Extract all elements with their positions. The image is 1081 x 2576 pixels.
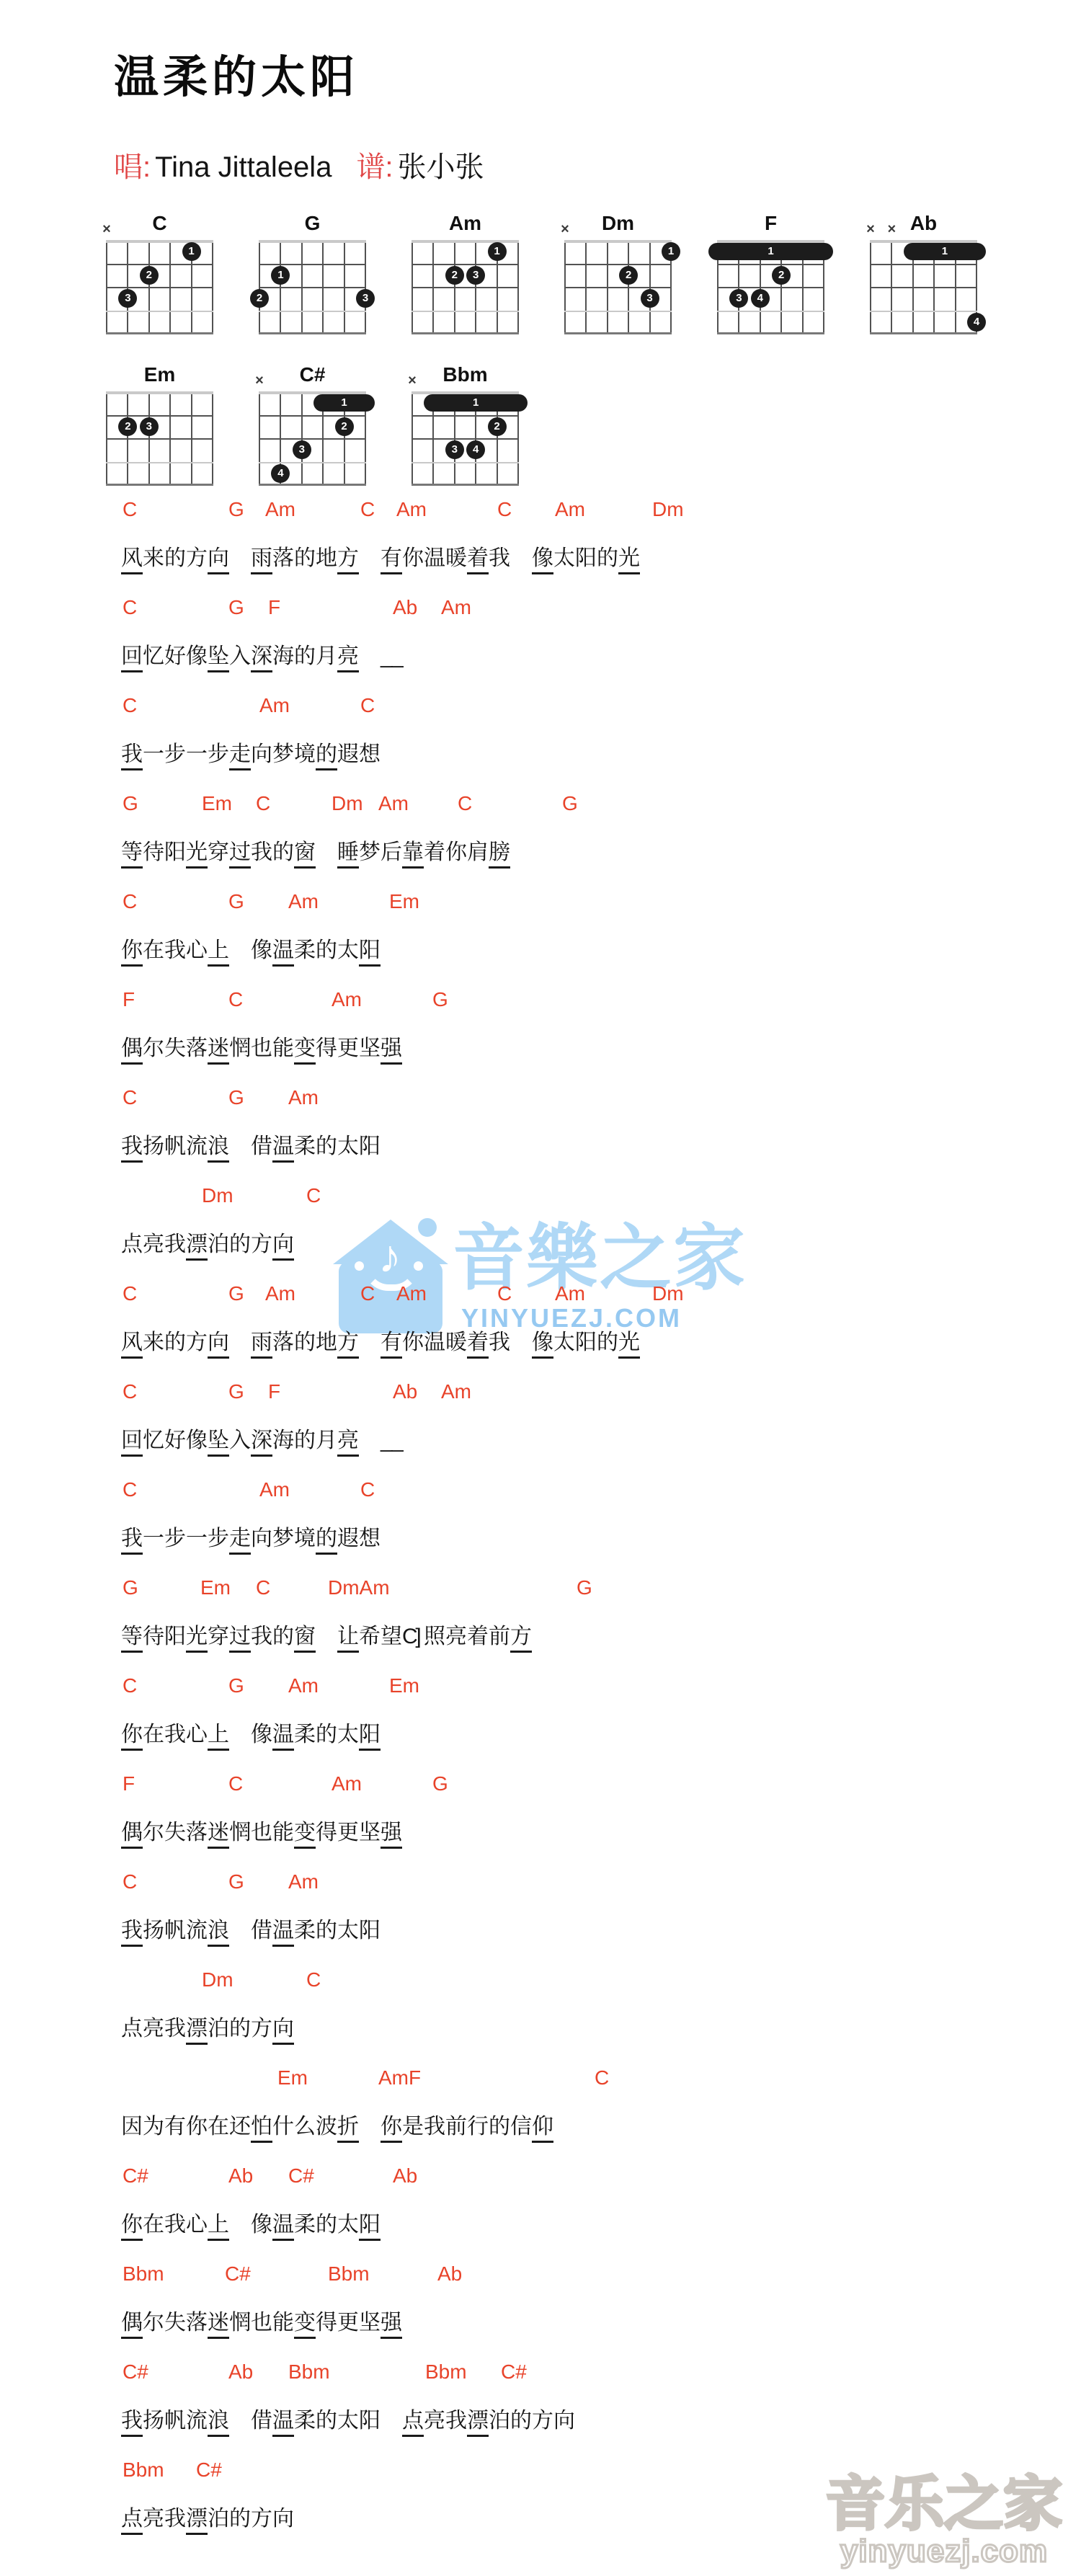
- lyric-char: 我: [164, 2212, 186, 2241]
- lyric-char: 像: [251, 938, 272, 967]
- chord-symbol: C: [256, 793, 270, 814]
- lyric-char: 点: [121, 1232, 143, 1261]
- chord-line: CGAmEm: [0, 891, 1081, 915]
- fret-line: [870, 332, 977, 334]
- finger-dot: 4: [466, 440, 485, 459]
- lyric-char: 的: [164, 546, 186, 574]
- lyric-char: [229, 1918, 251, 1947]
- lyric-char: 温: [424, 546, 445, 574]
- chord-symbol: Dm: [202, 1969, 233, 1991]
- fret-line: [106, 332, 213, 334]
- lyric-char: 我: [489, 1330, 510, 1359]
- lyric-char: 坚: [359, 2310, 381, 2339]
- lyric-char: 像: [186, 644, 208, 672]
- chord-diagram: 123: [259, 240, 365, 334]
- lyric-char: 着: [467, 1624, 489, 1653]
- chord-line: FCAmG: [0, 989, 1081, 1013]
- lyric-char: 为: [143, 2114, 164, 2143]
- finger-dot: 1: [662, 242, 680, 261]
- lyric-line: 等待阳光穿过我的窗 睡梦后靠着你肩膀: [121, 840, 510, 871]
- lyric-char: 点: [121, 2016, 143, 2045]
- lyric-char-underlined: 的: [316, 742, 337, 770]
- chord-symbol: Bbm: [288, 2361, 330, 2383]
- lyric-char: 穿: [208, 840, 229, 869]
- finger-dot: 2: [250, 289, 269, 308]
- lyric-char: 向: [251, 1526, 272, 1555]
- lyric-char-underlined: 你: [121, 2212, 143, 2241]
- lyric-char: 向: [553, 2408, 575, 2437]
- lyric-char: 向: [251, 742, 272, 770]
- lyric-char-underlined: 折: [337, 2114, 359, 2143]
- finger-dot: 2: [619, 266, 638, 285]
- lyric-char: 的: [489, 2114, 510, 2143]
- lyric-char: 向: [272, 2506, 294, 2535]
- chord-line: DmC: [0, 1969, 1081, 1994]
- chord-diagram: ××14: [871, 240, 977, 334]
- lyric-char-underlined: 睡: [337, 840, 359, 869]
- fret-line: [259, 264, 366, 265]
- lyric-char: 来: [143, 1330, 164, 1359]
- lyric-char: 梦: [272, 742, 294, 770]
- chord-symbol: F: [123, 989, 135, 1011]
- fret-line: [717, 311, 824, 312]
- lyric-char: 的: [597, 546, 618, 574]
- muted-string-x-icon: ×: [558, 221, 572, 238]
- lyric-char-underlined: 深: [251, 1428, 272, 1457]
- finger-dot: 1: [182, 242, 201, 261]
- lyric-char: _: [391, 644, 402, 672]
- chord-symbol: Ab: [228, 2165, 253, 2187]
- lyric-char-underlined: 向: [272, 1232, 294, 1261]
- lyric-char-underlined: 温: [272, 1134, 294, 1163]
- lyric-char: 的: [272, 1624, 294, 1653]
- lyric-char: 阳: [359, 1134, 381, 1163]
- chord-symbol: C: [360, 695, 375, 716]
- lyric-line: 你在我心上 像温柔的太阳: [121, 2212, 381, 2244]
- chord-diagram: 23: [107, 391, 213, 485]
- lyric-char: 阳: [164, 1624, 186, 1653]
- lyric-char: 步: [208, 742, 229, 770]
- fret-line: [564, 264, 672, 265]
- chord-symbol: Am: [555, 1283, 585, 1305]
- lyric-line: 等待阳光穿过我的窗 让希望C]照亮着前方: [121, 1624, 532, 1656]
- chord-line: C#AbBbmBbmC#: [0, 2361, 1081, 2386]
- lyric-char: 梦: [272, 1526, 294, 1555]
- lyric-char: 的: [510, 2408, 532, 2437]
- fret-line: [106, 438, 213, 440]
- chord-diagram: ×123: [565, 240, 671, 334]
- lyric-char: [510, 546, 532, 574]
- lyric-char: [229, 938, 251, 967]
- lyric-char: 一: [186, 1526, 208, 1555]
- lyric-char: 泊: [489, 2408, 510, 2437]
- lyric-char: 扬: [143, 2408, 164, 2437]
- fret-line: [412, 287, 519, 288]
- lyric-char: 忆: [143, 644, 164, 672]
- lyric-char-underlined: 走: [229, 742, 251, 770]
- chord-line: CGFAbAm: [0, 597, 1081, 621]
- lyric-char-underlined: 强: [381, 2310, 402, 2339]
- chord-symbol: C: [123, 1283, 137, 1305]
- lyric-char: 方: [251, 2506, 272, 2535]
- lyric-char: 我: [164, 2016, 186, 2045]
- chord-symbol: Em: [389, 1675, 419, 1697]
- lyric-char-underlined: 着: [467, 546, 489, 574]
- lyric-char: 得: [316, 1036, 337, 1065]
- chord-symbol: Am: [441, 1381, 471, 1403]
- chord-line: DmC: [0, 1185, 1081, 1209]
- chord-symbol: Bbm: [328, 2263, 370, 2285]
- lyric-char-underlined: 像: [532, 1330, 553, 1359]
- chord-symbol: C: [123, 1479, 137, 1501]
- fret-line: [106, 484, 213, 486]
- lyric-char: 你: [402, 1330, 424, 1359]
- lyric-line: 回忆好像坠入深海的月亮 __: [121, 1428, 402, 1460]
- chord-line: BbmC#BbmAb: [0, 2263, 1081, 2288]
- lyric-char-underlined: 偶: [121, 1036, 143, 1065]
- barre-finger: 1: [313, 394, 375, 412]
- lyric-char: 我: [164, 1232, 186, 1261]
- chord-line: CGAm: [0, 1871, 1081, 1896]
- lyric-char: 肩: [467, 840, 489, 869]
- lyric-char: 也: [251, 2310, 272, 2339]
- lyric-char-underlined: 强: [381, 1820, 402, 1849]
- lyric-char-underlined: 你: [121, 938, 143, 967]
- lyric-char: 太: [337, 938, 359, 967]
- lyric-char: 前: [489, 1624, 510, 1653]
- lyric-char: 像: [251, 2212, 272, 2241]
- chord-line: CGAmCAmCAmDm: [0, 499, 1081, 523]
- lyric-char: 么: [294, 2114, 316, 2143]
- chord-line: GEmCDmAmG: [0, 1577, 1081, 1602]
- lyric-char: 惘: [229, 1036, 251, 1065]
- lyric-char: 能: [272, 1036, 294, 1065]
- lyric-char-underlined: 有: [381, 1330, 402, 1359]
- lyric-char: [359, 2114, 381, 2143]
- lyric-char: 阳: [575, 546, 597, 574]
- lyric-char-underlined: 着: [467, 1330, 489, 1359]
- lyric-char: 希: [359, 1624, 381, 1653]
- lyric-char: 流: [186, 1918, 208, 1947]
- lyric-char-underlined: 方: [337, 1330, 359, 1359]
- lyric-char: 像: [251, 1722, 272, 1751]
- lyric-char: 心: [186, 938, 208, 967]
- lyric-char: 的: [294, 546, 316, 574]
- chord-symbol: Am: [288, 1675, 319, 1697]
- lyric-char-underlined: 方: [337, 546, 359, 574]
- chord-symbol: Am: [259, 1479, 290, 1501]
- chord-symbol: Am: [288, 1087, 319, 1109]
- page-title: 温柔的太阳: [114, 53, 359, 102]
- chord-symbol: Dm: [332, 793, 363, 814]
- diagram-chord-label: C#: [259, 363, 365, 386]
- lyric-char: 因: [121, 2114, 143, 2143]
- lyric-char-underlined: 有: [381, 546, 402, 574]
- lyric-char-underlined: 向: [208, 1330, 229, 1359]
- lyric-char: 月: [316, 1428, 337, 1457]
- diagram-chord-label: F: [718, 212, 824, 235]
- lyric-char-underlined: 坠: [208, 1428, 229, 1457]
- chord-symbol: Ab: [393, 597, 417, 618]
- lyric-char: 方: [532, 2408, 553, 2437]
- lyric-char: 我: [251, 1624, 272, 1653]
- chord-diagram: ×1234: [412, 391, 518, 485]
- lyric-char-underlined: 温: [272, 2212, 294, 2241]
- lyric-char: [229, 1330, 251, 1359]
- lyric-char: 太: [337, 1918, 359, 1947]
- lyric-char: [359, 546, 381, 574]
- chord-symbol: Am: [555, 499, 585, 520]
- lyric-char: [510, 1330, 532, 1359]
- lyric-char: 太: [337, 2408, 359, 2437]
- lyric-char-underlined: 迷: [208, 1036, 229, 1065]
- fret-line: [412, 332, 519, 334]
- lyric-char: 还: [229, 2114, 251, 2143]
- fret-line: [564, 240, 672, 243]
- lyric-char-underlined: 变: [294, 1036, 316, 1065]
- lyric-char: 柔: [294, 1918, 316, 1947]
- finger-dot: 3: [466, 266, 485, 285]
- lyric-char: 的: [316, 1722, 337, 1751]
- lyric-char: 温: [424, 1330, 445, 1359]
- lyric-char: [316, 840, 337, 869]
- chord-symbol: C#: [501, 2361, 527, 2383]
- lyric-char-underlined: 回: [121, 644, 143, 672]
- lyric-char: [229, 2212, 251, 2241]
- lyric-char-underlined: 变: [294, 1820, 316, 1849]
- lyric-char: 的: [294, 644, 316, 672]
- finger-dot: 4: [751, 289, 770, 308]
- fret-line: [870, 264, 977, 265]
- lyric-char: 着: [424, 840, 445, 869]
- chord-symbol: G: [228, 891, 244, 912]
- fret-line: [717, 287, 824, 288]
- chord-line: CGAmEm: [0, 1675, 1081, 1700]
- lyric-char-underlined: 光: [186, 1624, 208, 1653]
- lyric-char-underlined: 向: [208, 546, 229, 574]
- lyric-char: 能: [272, 2310, 294, 2339]
- lyric-char: 步: [164, 1526, 186, 1555]
- chord-diagram: ×123: [107, 240, 213, 334]
- chord-symbol: Am: [265, 1283, 295, 1305]
- lyric-char: 落: [186, 1820, 208, 1849]
- chord-symbol: Bbm: [123, 2459, 164, 2481]
- lyric-char-underlined: 我: [121, 1134, 143, 1163]
- lyric-char: 太: [337, 1134, 359, 1163]
- lyric-char: 我: [164, 1722, 186, 1751]
- lyric-char: 步: [208, 1526, 229, 1555]
- lyric-char: 在: [143, 1722, 164, 1751]
- lyric-char: 扬: [143, 1134, 164, 1163]
- fret-line: [412, 264, 519, 265]
- lyric-char-underlined: 窗: [294, 1624, 316, 1653]
- lyric-char-underlined: 漂: [186, 1232, 208, 1261]
- lyric-char: 借: [251, 1918, 272, 1947]
- lyric-char: 遐: [337, 742, 359, 770]
- lyric-char-underlined: 温: [272, 1918, 294, 1947]
- chord-line: CGFAbAm: [0, 1381, 1081, 1405]
- lyric-char-underlined: 漂: [186, 2016, 208, 2045]
- chord-line: BbmC#: [0, 2459, 1081, 2484]
- lyric-char: 能: [272, 1820, 294, 1849]
- chord-symbol: Dm: [652, 1283, 684, 1305]
- lyric-char: 太: [553, 546, 575, 574]
- lyric-char: 你: [186, 2114, 208, 2143]
- lyric-line: 我扬帆流浪 借温柔的太阳 点亮我漂泊的方向: [121, 2408, 575, 2440]
- lyric-char: 柔: [294, 938, 316, 967]
- lyric-char: 你: [445, 840, 467, 869]
- muted-string-x-icon: ×: [405, 373, 419, 389]
- lyric-char: 遐: [337, 1526, 359, 1555]
- credit-line: 唱:Tina Jittaleela谱:张小张: [114, 144, 509, 185]
- chord-symbol: C#: [196, 2459, 222, 2481]
- lyric-char: 暖: [445, 546, 467, 574]
- chord-symbol: C#: [288, 2165, 314, 2187]
- finger-dot: 4: [271, 464, 290, 483]
- muted-string-x-icon: ×: [99, 221, 114, 238]
- fret-line: [870, 311, 977, 312]
- finger-dot: 2: [488, 417, 507, 436]
- lyric-line: 点亮我漂泊的方向: [121, 2506, 294, 2538]
- lyric-char-underlined: 等: [121, 840, 143, 869]
- chord-line: CAmC: [0, 1479, 1081, 1504]
- lyric-char: 什: [272, 2114, 294, 2143]
- chord-line: CGAm: [0, 1087, 1081, 1111]
- lyric-char: 我: [445, 2408, 467, 2437]
- lyric-line: 偶尔失落迷惘也能变得更坚强: [121, 1036, 402, 1067]
- fret-line: [564, 332, 672, 334]
- finger-dot: 2: [118, 417, 137, 436]
- lyric-char: 失: [164, 2310, 186, 2339]
- lyric-char-underlined: 回: [121, 1428, 143, 1457]
- lyric-line: 我扬帆流浪 借温柔的太阳: [121, 1134, 381, 1165]
- lyric-char: 柔: [294, 2408, 316, 2437]
- chord-symbol: Ab: [393, 2165, 417, 2187]
- fret-line: [412, 462, 519, 463]
- lyric-line: 点亮我漂泊的方向: [121, 2016, 294, 2048]
- lyric-char: 尔: [143, 1820, 164, 1849]
- chord-symbol: Em: [389, 891, 419, 912]
- chord-symbol: C#: [123, 2361, 148, 2383]
- lyric-char: _: [381, 644, 391, 672]
- chord-symbol: C: [256, 1577, 270, 1599]
- lyric-char: 望: [381, 1624, 402, 1653]
- lyric-char: 后: [381, 840, 402, 869]
- lyric-char: 的: [294, 1330, 316, 1359]
- fret-line: [259, 438, 366, 440]
- lyric-char: 来: [143, 546, 164, 574]
- chord-symbol: C: [360, 1283, 375, 1305]
- lyric-char: 方: [186, 546, 208, 574]
- lyric-char: 更: [337, 1036, 359, 1065]
- lyric-char: 行: [467, 2114, 489, 2143]
- chord-symbol: F: [268, 1381, 280, 1403]
- lyric-char-underlined: 迷: [208, 1820, 229, 1849]
- chord-line: C#AbC#Ab: [0, 2165, 1081, 2190]
- diagram-chord-label: Em: [107, 363, 213, 386]
- lyric-char: 的: [316, 2408, 337, 2437]
- lyric-char: 惘: [229, 2310, 251, 2339]
- lyric-line: 你在我心上 像温柔的太阳: [121, 1722, 381, 1754]
- lyric-char: 阳: [359, 1918, 381, 1947]
- lyric-line: 风来的方向 雨落的地方 有你温暖着我 像太阳的光: [121, 1330, 640, 1362]
- chord-symbol: Am: [378, 793, 409, 814]
- fret-line: [412, 484, 519, 486]
- lyric-char: 的: [316, 1134, 337, 1163]
- lyric-char: 照: [424, 1624, 445, 1653]
- lyric-char-underlined: 坠: [208, 644, 229, 672]
- chord-symbol: C: [123, 1381, 137, 1403]
- chord-symbol: Ab: [393, 1381, 417, 1403]
- chord-symbol: Em: [277, 2067, 308, 2089]
- lyric-char: 太: [337, 1722, 359, 1751]
- diagram-chord-label: Dm: [565, 212, 671, 235]
- muted-string-x-icon: ×: [863, 221, 878, 238]
- chord-symbol: C#: [123, 2165, 148, 2187]
- chord-symbol: C: [228, 989, 243, 1011]
- lyric-char: 也: [251, 1820, 272, 1849]
- chord-symbol: Am: [259, 695, 290, 716]
- lyric-char-underlined: 光: [186, 840, 208, 869]
- lyric-char: 信: [510, 2114, 532, 2143]
- finger-dot: 2: [140, 266, 159, 285]
- fret-line: [106, 287, 213, 288]
- lyric-char: 的: [229, 2506, 251, 2535]
- chord-symbol: Em: [202, 793, 232, 814]
- chord-symbol: Ab: [228, 2361, 253, 2383]
- lyric-char: [229, 2408, 251, 2437]
- lyric-char: 柔: [294, 1134, 316, 1163]
- lyric-char-underlined: 迷: [208, 2310, 229, 2339]
- fret-line: [870, 287, 977, 288]
- lyric-char: _: [381, 1428, 391, 1457]
- chord-line: FCAmG: [0, 1773, 1081, 1798]
- finger-dot: 3: [118, 289, 137, 308]
- arranger-label: 谱:: [356, 151, 393, 183]
- chord-symbol: Bbm: [123, 2263, 164, 2285]
- fret-line: [106, 415, 213, 417]
- lyric-char: 海: [272, 644, 294, 672]
- lyric-char-underlined: 我: [121, 2408, 143, 2437]
- fret-line: [412, 415, 519, 417]
- fret-line: [106, 391, 213, 394]
- lyric-char-underlined: 温: [272, 1722, 294, 1751]
- lyric-char: 在: [208, 2114, 229, 2143]
- lyric-char: 暖: [445, 1330, 467, 1359]
- chord-symbol: C: [123, 1087, 137, 1109]
- finger-dot: 2: [772, 266, 791, 285]
- vocalist-label: 唱:: [114, 151, 151, 183]
- lyric-char: 是: [402, 2114, 424, 2143]
- finger-dot: 1: [271, 266, 290, 285]
- lyric-char: [229, 546, 251, 574]
- chord-symbol: Am: [396, 1283, 427, 1305]
- lyric-char-underlined: 浪: [208, 1918, 229, 1947]
- chord-symbol: G: [228, 1675, 244, 1697]
- chord-symbol: C: [228, 1773, 243, 1795]
- finger-dot: 1: [488, 242, 507, 261]
- fret-line: [259, 287, 366, 288]
- lyric-char: 帆: [164, 2408, 186, 2437]
- lyric-char-underlined: 亮: [337, 644, 359, 672]
- lyric-char-underlined: 漂: [186, 2506, 208, 2535]
- lyric-char-underlined: 点: [121, 2506, 143, 2535]
- chord-symbol: C: [458, 793, 472, 814]
- lyric-line: 我扬帆流浪 借温柔的太阳: [121, 1918, 381, 1950]
- lyric-char-underlined: 光: [618, 1330, 640, 1359]
- chord-diagram: 123: [412, 240, 518, 334]
- lyric-char-underlined: 膀: [489, 840, 510, 869]
